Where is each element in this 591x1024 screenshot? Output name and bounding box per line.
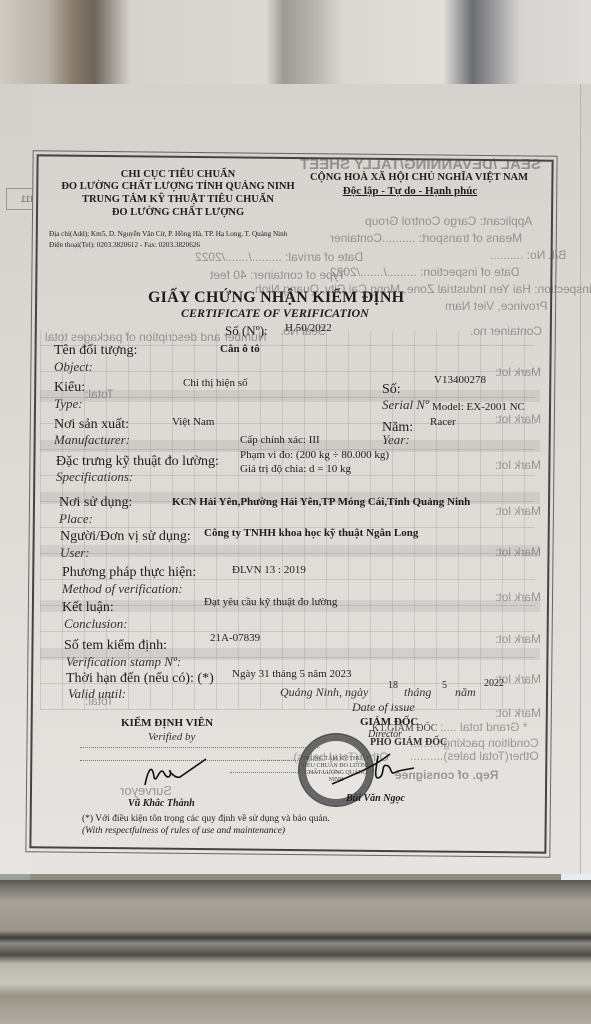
- conclusion-label-en: Conclusion:: [64, 616, 128, 632]
- serial-label: Số:: [382, 382, 401, 398]
- valid-until-value: Ngày 31 tháng 5 năm 2023: [232, 668, 351, 680]
- deputy-director-title: PHÓ GIÁM ĐỐC: [370, 737, 447, 748]
- conclusion-label: Kết luận:: [62, 600, 114, 616]
- user-label: Người/Đơn vị sử dụng:: [60, 529, 191, 545]
- issue-month: 5: [442, 680, 447, 691]
- measuring-range: Phạm vi đo: (200 kg ÷ 80.000 kg): [240, 449, 389, 461]
- user-label-en: User:: [60, 545, 90, 561]
- date-of-issue-label: Date of issue: [352, 700, 415, 715]
- stamp-number-label-en: Verification stamp Nº:: [66, 654, 181, 670]
- verifier-title: KIỂM ĐỊNH VIÊN: [121, 717, 213, 729]
- conclusion-value: Đạt yêu cầu kỹ thuật đo lường: [204, 596, 337, 608]
- valid-until-label: Thời hạn đến (nếu có): (*): [66, 671, 214, 687]
- certificate-title: GIẤY CHỨNG NHẬN KIỂM ĐỊNH: [148, 289, 404, 307]
- certificate-number-label: Số (Nº):: [225, 323, 268, 339]
- agency-line3: TRUNG TÂM KỸ THUẬT TIÊU CHUẨN: [64, 194, 292, 205]
- agency-phone: Điện thoại(Tel): 0203.3820612 - Fax: 020…: [49, 241, 200, 249]
- place-label-en: Place:: [59, 511, 93, 527]
- certificate-title-en: CERTIFICATE OF VERIFICATION: [181, 306, 369, 321]
- serial-value: V13400278: [434, 374, 486, 386]
- issue-day: 18: [388, 680, 398, 691]
- verifier-name: Vũ Khắc Thành: [128, 798, 195, 809]
- object-label-en: Object:: [54, 359, 93, 375]
- background-window-frame: [0, 880, 591, 1024]
- issue-place-prefix: Quảng Ninh, ngày: [280, 685, 368, 700]
- accuracy-class: Cấp chính xác: III: [240, 434, 320, 446]
- method-label-en: Method of verification:: [62, 581, 183, 597]
- nation-title: CỘNG HOÀ XÃ HỘI CHỦ NGHĨA VIỆT NAM: [294, 172, 544, 183]
- manufacturer-label: Nơi sản xuất:: [54, 417, 129, 433]
- model-value: Model: EX-2001 NC: [432, 401, 525, 413]
- director-name: Bùi Văn Ngọc: [346, 793, 405, 804]
- division-value: Giá trị độ chia: d = 10 kg: [240, 463, 351, 475]
- year-value: Racer: [430, 416, 456, 428]
- year-label-en: Year:: [382, 432, 410, 448]
- nation-motto: Độc lập - Tự do - Hạnh phúc: [300, 185, 520, 197]
- agency-line4: ĐO LƯỜNG CHẤT LƯỢNG: [64, 207, 292, 218]
- manufacturer-value: Việt Nam: [172, 416, 214, 428]
- director-signature: [330, 748, 420, 788]
- manufacturer-label-en: Manufacturer:: [54, 432, 130, 448]
- signature-dotted-line: [80, 747, 320, 748]
- agency-address: Địa chỉ(Add); Km5, D. Nguyễn Văn Cừ, P. …: [49, 230, 287, 238]
- footnote-en: (With respectfulness of rules of use and…: [82, 826, 285, 836]
- issue-year-label: năm: [455, 685, 476, 700]
- agency-line2: ĐO LƯỜNG CHẤT LƯỢNG TỈNH QUẢNG NINH: [44, 181, 312, 192]
- place-value: KCN Hải Yên,Phường Hải Yên,TP Móng Cái,T…: [172, 496, 470, 508]
- issue-year: 2022: [484, 678, 504, 689]
- verifier-title-en: Verified by: [148, 731, 195, 743]
- user-value: Công ty TNHH khoa học kỹ thuật Ngân Long: [204, 527, 418, 539]
- footnote-vi: (*) Với điều kiện tôn trọng các quy định…: [82, 814, 330, 824]
- valid-until-label-en: Valid until:: [68, 686, 126, 702]
- type-label: Kiểu:: [54, 380, 85, 396]
- agency-line1: CHI CỤC TIÊU CHUẨN: [78, 169, 278, 180]
- issue-month-label: tháng: [404, 685, 431, 700]
- method-label: Phương pháp thực hiện:: [62, 565, 196, 581]
- verifier-signature: [140, 755, 210, 790]
- stamp-number-label: Số tem kiểm định:: [64, 638, 167, 654]
- object-label: Tên đối tượng:: [54, 343, 137, 359]
- method-value: ĐLVN 13 : 2019: [232, 564, 306, 576]
- specifications-label-en: Specifications:: [56, 469, 133, 485]
- serial-label-en: Serial Nº: [382, 397, 429, 413]
- certificate-number: H.50/2022: [285, 322, 332, 334]
- specifications-label: Đặc trưng kỹ thuật đo lường:: [56, 454, 219, 470]
- place-label: Nơi sử dụng:: [59, 495, 132, 511]
- stamp-number-value: 21A-07839: [210, 632, 260, 644]
- type-value: Chỉ thị hiện số: [183, 377, 247, 389]
- object-value: Cân ô tô: [220, 343, 260, 355]
- type-label-en: Type:: [54, 396, 83, 412]
- background-wall: [0, 0, 591, 90]
